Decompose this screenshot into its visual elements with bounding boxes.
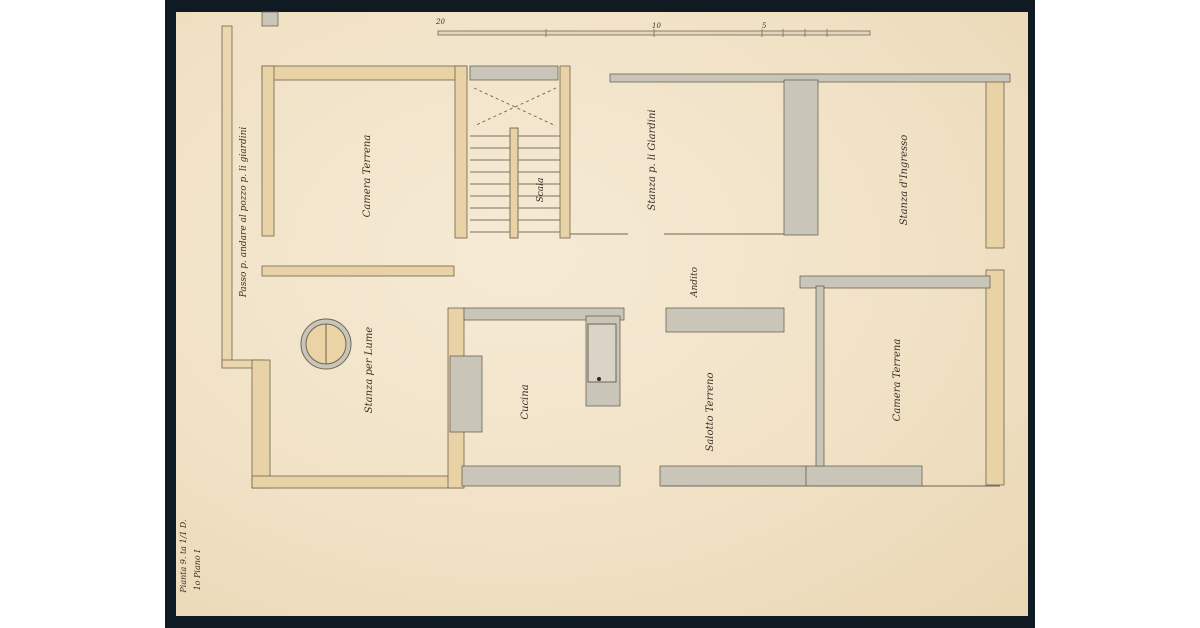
scale-tick-5: 5: [762, 22, 767, 30]
label-passage: Passo p. andare al pozzo p. li giardini: [239, 127, 249, 299]
label-salotto: Salotto Terreno: [705, 372, 716, 451]
staircase: [470, 88, 560, 238]
label-camera-terrena-nw: Camera Terrena: [362, 135, 373, 218]
label-camera-terrena-se: Camera Terrena: [892, 339, 903, 422]
thin-walls: [570, 234, 1000, 486]
walls-gray: [450, 66, 1010, 486]
corner-note-2: 1o Piano I: [193, 549, 202, 591]
scale-tick-10: 10: [652, 22, 661, 30]
scale-bar: [438, 29, 870, 37]
label-cucina: Cucina: [520, 384, 531, 419]
label-stanza-top: Stanza p. li Giardini: [647, 109, 658, 210]
corner-note-1: Pianta 9. ta 1/1 D.: [179, 519, 188, 593]
label-andito: Andito: [690, 266, 700, 298]
floor-plan: 20 10 5: [0, 0, 1200, 628]
label-stanza-sw: Stanza per Lume: [364, 327, 375, 414]
well: [301, 319, 351, 369]
sink: [588, 324, 616, 382]
label-scala: Scala: [536, 178, 546, 203]
label-stanza-ne: Stanza d'Ingresso: [899, 135, 910, 226]
scale-tick-20: 20: [435, 18, 445, 26]
